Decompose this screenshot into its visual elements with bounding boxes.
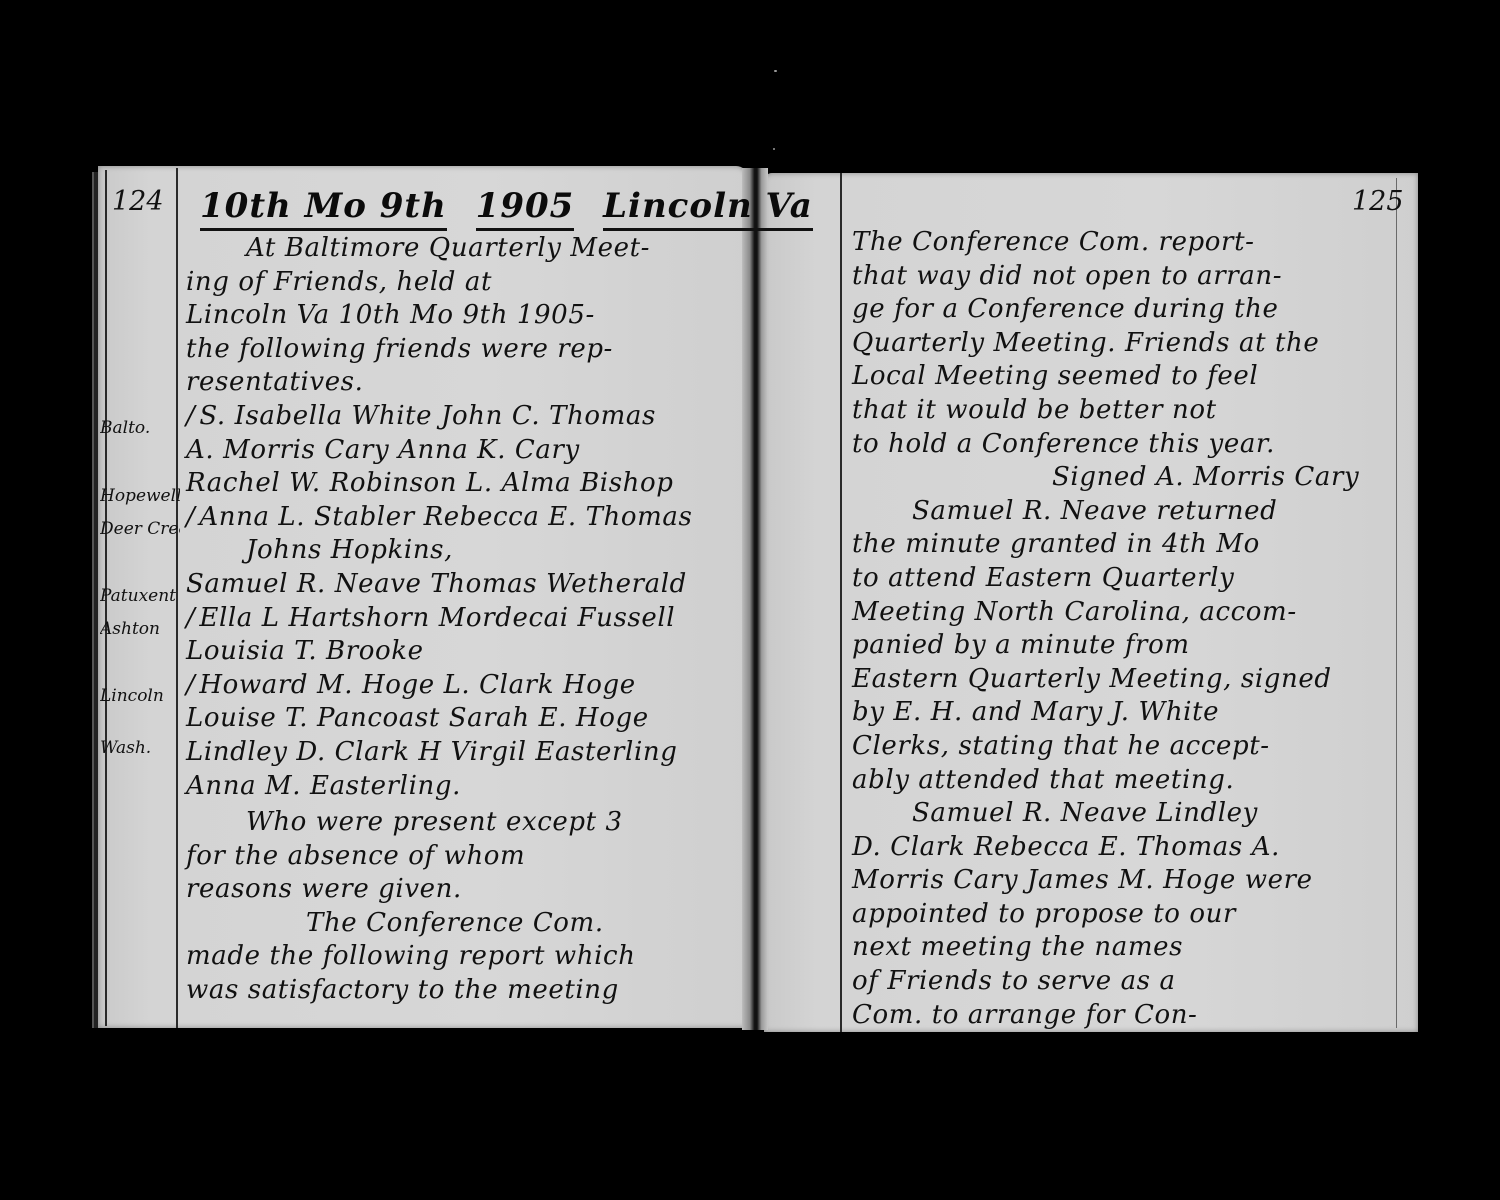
page-number-left: 124 [112,186,164,217]
text-line: for the absence of whom [186,840,636,874]
representative-line: Anna M. Easterling. [186,770,692,804]
margin-label-patuxent: Patuxent [100,586,180,606]
margin-label-hopewell: Hopewell [100,486,180,506]
left-page-intro: At Baltimore Quarterly Meet- ing of Frie… [186,232,650,400]
text-line: that way did not open to arran- [852,260,1359,294]
representative-line: Howard M. Hoge L. Clark Hoge [186,669,692,703]
heading-place: Lincoln Va [603,186,813,231]
text-line: that it would be better not [852,394,1359,428]
entry-heading: 10th Mo 9th 1905 Lincoln Va [200,186,829,231]
page-number-right: 125 [1352,186,1404,217]
text-line: to hold a Conference this year. [852,428,1359,462]
margin-label-baltimore: Balto. [100,418,180,438]
representative-line: A. Morris Cary Anna K. Cary [186,434,692,468]
heading-date: 10th Mo 9th [200,186,447,231]
representative-line: Lindley D. Clark H Virgil Easterling [186,736,692,770]
margin-label-ashton: Ashton [100,619,180,639]
text-line: made the following report which [186,940,636,974]
text-line: Local Meeting seemed to feel [852,360,1359,394]
representatives-list: S. Isabella White John C. Thomas A. Morr… [186,400,692,803]
book-gutter [742,168,768,1030]
right-page-body: The Conference Com. report- that way did… [852,226,1359,1032]
text-line: resentatives. [186,366,650,400]
text-line: ge for a Conference during the [852,293,1359,327]
representative-line: Samuel R. Neave Thomas Wetherald [186,568,692,602]
text-line: appointed to propose to our [852,898,1359,932]
text-line: Samuel R. Neave returned [852,495,1359,529]
text-line: Morris Cary James M. Hoge were [852,864,1359,898]
signature-line: Signed A. Morris Cary [852,461,1359,495]
margin-label-lincoln: Lincoln [100,686,180,706]
dust-speck [774,70,777,72]
text-line: was satisfactory to the meeting [186,974,636,1008]
text-line: Clerks, stating that he accept- [852,730,1359,764]
text-line: ing of Friends, held at [186,266,650,300]
text-line: by E. H. and Mary J. White [852,696,1359,730]
representative-line: Anna L. Stabler Rebecca E. Thomas [186,501,692,535]
text-line: Meeting North Carolina, accom- [852,596,1359,630]
text-line: the minute granted in 4th Mo [852,528,1359,562]
margin-label-deer-creek: Deer Creek [100,519,180,539]
heading-year: 1905 [476,186,575,231]
margin-label-washington: Wash. [100,738,180,758]
representative-line: Ella L Hartshorn Mordecai Fussell [186,602,692,636]
representative-line: Louisia T. Brooke [186,635,692,669]
text-line: Eastern Quarterly Meeting, signed [852,663,1359,697]
text-line: panied by a minute from [852,629,1359,663]
text-line: to attend Eastern Quarterly [852,562,1359,596]
text-line: the following friends were rep- [186,333,650,367]
text-line: ably attended that meeting. [852,764,1359,798]
text-line: The Conference Com. report- [852,226,1359,260]
text-line: D. Clark Rebecca E. Thomas A. [852,831,1359,865]
dust-speck [773,148,775,150]
text-line: of Friends to serve as a [852,965,1359,999]
representative-line: S. Isabella White John C. Thomas [186,400,692,434]
representative-line: Rachel W. Robinson L. Alma Bishop [186,467,692,501]
right-page-margin-rule [840,173,842,1032]
representative-line: Louise T. Pancoast Sarah E. Hoge [186,702,692,736]
text-line: Lincoln Va 10th Mo 9th 1905- [186,299,650,333]
text-line: Com. to arrange for Con- [852,999,1359,1033]
text-line: reasons were given. [186,873,636,907]
left-page-closing: Who were present except 3 for the absenc… [186,806,636,1008]
text-line: Samuel R. Neave Lindley [852,797,1359,831]
text-line: next meeting the names [852,931,1359,965]
representative-line: Johns Hopkins, [186,534,692,568]
right-page-edge-rule [1396,178,1397,1028]
text-line: The Conference Com. [186,907,636,941]
text-line: Quarterly Meeting. Friends at the [852,327,1359,361]
text-line: At Baltimore Quarterly Meet- [186,232,650,266]
text-line: Who were present except 3 [186,806,636,840]
